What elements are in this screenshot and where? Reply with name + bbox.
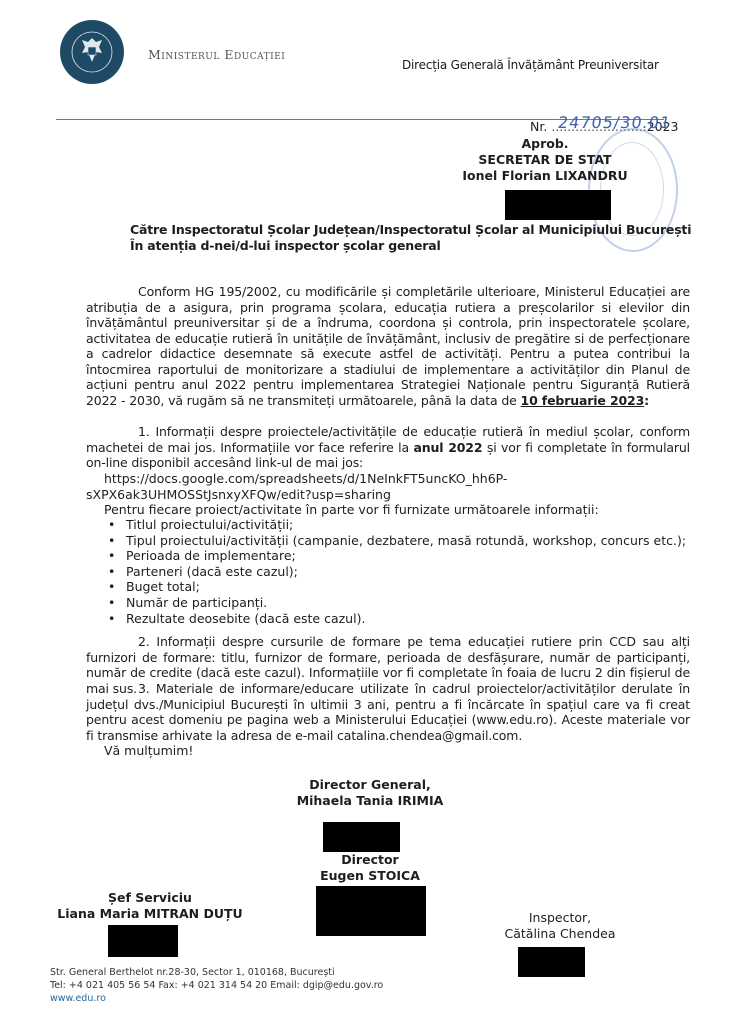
list-item: Tipul proiectului/activității (campanie,… bbox=[108, 533, 686, 549]
closing-thanks: Vă mulțumim! bbox=[104, 743, 193, 759]
inspector-name: Cătălina Chendea bbox=[480, 926, 640, 942]
list-item: Parteneri (dacă este cazul); bbox=[108, 564, 686, 580]
director-general-name: Mihaela Tania IRIMIA bbox=[290, 793, 450, 809]
government-seal-logo bbox=[60, 20, 124, 84]
spreadsheet-link-line-1[interactable]: https://docs.google.com/spreadsheets/d/1… bbox=[104, 471, 507, 487]
director-title: Director bbox=[300, 852, 440, 868]
director-general-title: Director General, bbox=[290, 777, 450, 793]
main-paragraph: Conform HG 195/2002, cu modificările și … bbox=[86, 284, 690, 408]
head-of-service-name: Liana Maria MITRAN DUȚU bbox=[40, 906, 260, 922]
head-of-service-title: Șef Serviciu bbox=[40, 890, 260, 906]
redacted-signature-director bbox=[316, 886, 426, 936]
footer-contact: Tel: +4 021 405 56 54 Fax: +4 021 314 54… bbox=[50, 979, 383, 992]
deadline-suffix: : bbox=[644, 393, 649, 408]
approval-block: Aprob. SECRETAR DE STAT Ionel Florian LI… bbox=[440, 136, 650, 184]
director-general-block: Director General, Mihaela Tania IRIMIA bbox=[290, 777, 450, 809]
list-item: Perioada de implementare; bbox=[108, 548, 686, 564]
info-bullet-list: Titlul proiectului/activității; Tipul pr… bbox=[108, 517, 686, 626]
handwritten-number: 24705/30.01 bbox=[557, 113, 673, 132]
list-item: Buget total; bbox=[108, 579, 686, 595]
list-item: Titlul proiectului/activității; bbox=[108, 517, 686, 533]
list-item: Rezultate deosebite (dacă este cazul). bbox=[108, 611, 686, 627]
redacted-signature-head-of-service bbox=[108, 925, 178, 957]
approval-label: Aprob. bbox=[440, 136, 650, 152]
direction-name: Direcția Generală Învățământ Preuniversi… bbox=[402, 58, 659, 72]
director-block: Director Eugen STOICA bbox=[300, 852, 440, 884]
ministry-name: Ministerul Educației bbox=[148, 47, 285, 62]
registration-number: Nr. ........................2023 24705/3… bbox=[530, 119, 679, 134]
main-paragraph-text: Conform HG 195/2002, cu modificările și … bbox=[86, 284, 690, 408]
director-name: Eugen STOICA bbox=[300, 868, 440, 884]
deadline-date: 10 februarie 2023 bbox=[521, 393, 645, 408]
item-3-paragraph: 3. Materiale de informare/educare utiliz… bbox=[86, 681, 690, 743]
footer-website-link[interactable]: www.edu.ro bbox=[50, 992, 383, 1005]
inspector-block: Inspector, Cătălina Chendea bbox=[480, 910, 640, 942]
redacted-signature-director-general bbox=[323, 822, 400, 852]
redacted-signature-inspector bbox=[518, 947, 585, 977]
footer-address: Str. General Berthelot nr.28-30, Sector … bbox=[50, 966, 383, 979]
registration-prefix: Nr. bbox=[530, 119, 547, 134]
addressee-block: Către Inspectoratul Școlar Județean/Insp… bbox=[130, 222, 691, 254]
list-item: Număr de participanți. bbox=[108, 595, 686, 611]
government-seal-icon bbox=[60, 20, 124, 84]
head-of-service-block: Șef Serviciu Liana Maria MITRAN DUȚU bbox=[40, 890, 260, 922]
addressee-line-1: Către Inspectoratul Școlar Județean/Insp… bbox=[130, 222, 691, 238]
footer: Str. General Berthelot nr.28-30, Sector … bbox=[50, 966, 383, 1005]
item-1-year: anul 2022 bbox=[413, 440, 482, 455]
redacted-signature-secretary bbox=[505, 190, 611, 220]
approval-name: Ionel Florian LIXANDRU bbox=[440, 168, 650, 184]
list-intro: Pentru fiecare proiect/activitate în par… bbox=[104, 502, 599, 518]
addressee-line-2: În atenția d-nei/d-lui inspector școlar … bbox=[130, 238, 691, 254]
spreadsheet-link-line-2[interactable]: sXPX6ak3UHMOSStJsnxyXFQw/edit?usp=sharin… bbox=[86, 487, 391, 503]
approval-role: SECRETAR DE STAT bbox=[440, 152, 650, 168]
item-1-paragraph: 1. Informații despre proiectele/activită… bbox=[86, 424, 690, 471]
inspector-title: Inspector, bbox=[480, 910, 640, 926]
